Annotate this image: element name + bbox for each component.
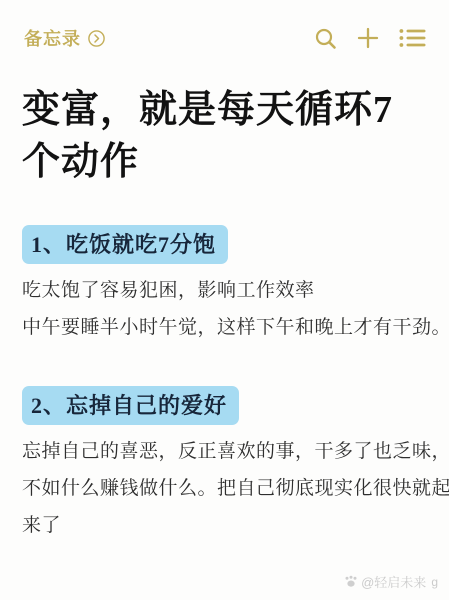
watermark-handle: @轻启未来 [361,572,426,591]
body-line: 吃太饱了容易犯困，影响工作效率 [22,281,425,301]
section-1-heading-highlight: 1、吃饭就吃7分饱 [22,225,228,264]
watermark: @轻启未来 g [344,572,438,591]
watermark-suffix: g [431,575,438,589]
note-content[interactable]: 变富，就是每天循环7个动作 1、吃饭就吃7分饱 吃太饱了容易犯困，影响工作效率 … [0,84,449,536]
plus-icon[interactable] [355,25,381,51]
search-icon[interactable] [312,25,338,51]
body-line: 不如什么赚钱做什么。把自己彻底现实化很快就起 [22,479,425,499]
section-2-heading-highlight: 2、忘掉自己的爱好 [22,386,239,425]
section-1-body: 吃太饱了容易犯困，影响工作效率 中午要睡半小时午觉，这样下午和晚上才有干劲。 [22,281,425,338]
toolbar-actions [312,25,427,51]
note-title: 变富，就是每天循环7个动作 [22,84,428,189]
section-1-heading: 1、吃饭就吃7分饱 [31,232,216,257]
folder-breadcrumb[interactable]: 备忘录 [24,25,105,51]
bulleted-list-icon[interactable] [398,25,427,51]
chevron-right-circle-icon[interactable] [87,29,105,47]
app-title: 备忘录 [24,25,81,51]
note-section-1: 1、吃饭就吃7分饱 吃太饱了容易犯困，影响工作效率 中午要睡半小时午觉，这样下午… [22,225,425,338]
notes-app-page: 备忘录 [0,0,449,600]
top-bar: 备忘录 [0,0,449,51]
body-line: 忘掉自己的喜恶，反正喜欢的事，干多了也乏味， [22,442,425,462]
section-2-body: 忘掉自己的喜恶，反正喜欢的事，干多了也乏味， 不如什么赚钱做什么。把自己彻底现实… [22,442,425,536]
body-line: 中午要睡半小时午觉，这样下午和晚上才有干劲。 [22,318,425,338]
paw-icon [344,575,358,588]
note-section-2: 2、忘掉自己的爱好 忘掉自己的喜恶，反正喜欢的事，干多了也乏味， 不如什么赚钱做… [22,386,425,536]
section-2-heading: 2、忘掉自己的爱好 [31,393,227,418]
body-line: 来了 [22,516,425,536]
